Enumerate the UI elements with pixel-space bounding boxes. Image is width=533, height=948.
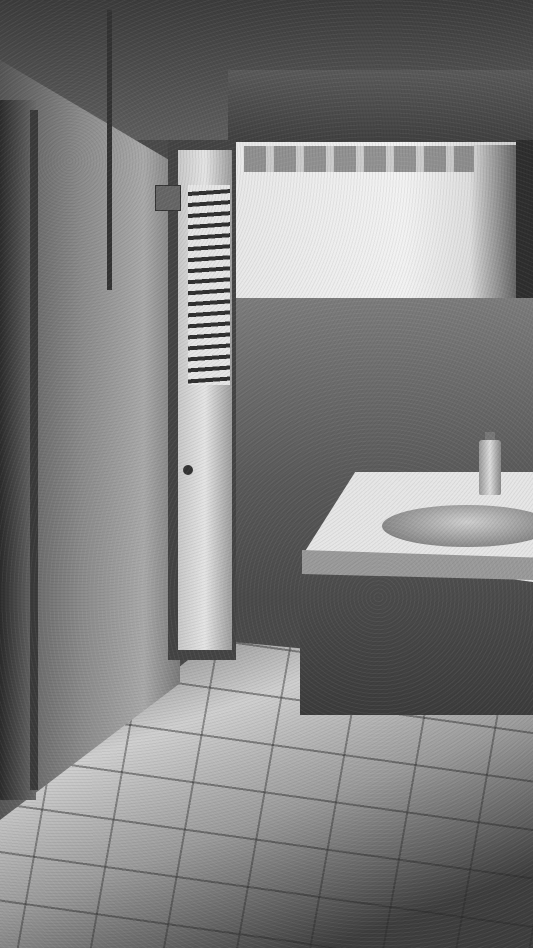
ceiling-beam: [228, 70, 533, 148]
opening-top-edge: [244, 146, 474, 172]
wall-pipe: [107, 10, 112, 290]
door-louvers: [188, 185, 230, 385]
opening-side-shadow: [470, 145, 520, 305]
door-knob: [183, 465, 193, 475]
bottle: [479, 440, 501, 495]
left-door-frame: [30, 110, 38, 790]
under-counter-cabinet: [300, 575, 533, 715]
light-switch: [155, 185, 181, 211]
photo-scene: Grainy black-and-white photograph of a n…: [0, 0, 533, 948]
right-post: [516, 140, 533, 310]
